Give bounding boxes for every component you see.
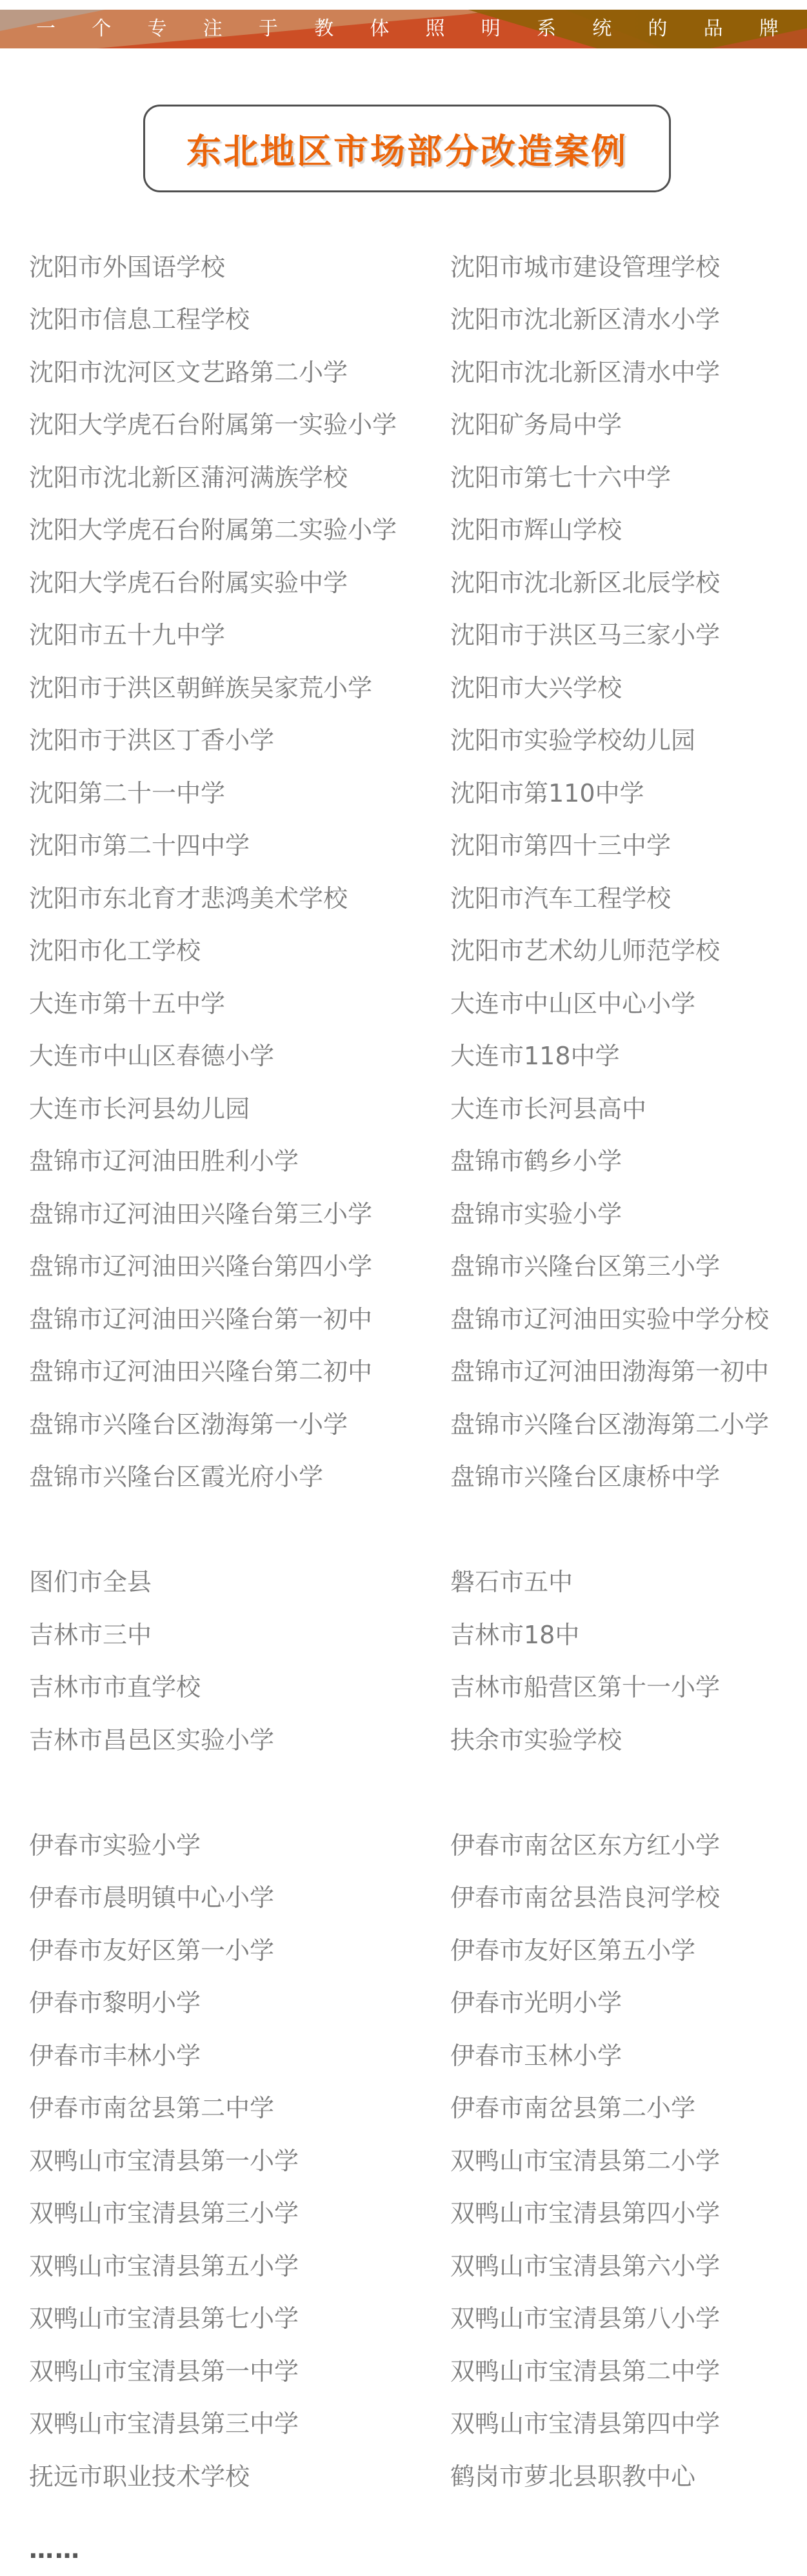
school-name-right: 沈阳市于洪区马三家小学 <box>450 623 807 647</box>
school-name-left: 大连市中山区春德小学 <box>29 1044 450 1068</box>
school-name-right: 沈阳市艺术幼儿师范学校 <box>450 938 807 963</box>
school-name-left: 盘锦市辽河油田兴隆台第四小学 <box>29 1254 450 1279</box>
school-name-left: 双鸭山市宝清县第三小学 <box>29 2201 450 2226</box>
school-row: 图们市全县磐石市五中 <box>0 1556 807 1609</box>
school-name-left: 盘锦市辽河油田兴隆台第一初中 <box>29 1307 450 1332</box>
school-name-left: 沈阳市第二十四中学 <box>29 833 450 858</box>
school-row: 盘锦市兴隆台区霞光府小学盘锦市兴隆台区康桥中学 <box>0 1451 807 1504</box>
slogan-char: 品 <box>704 10 723 48</box>
school-name-left: 沈阳市沈北新区蒲河满族学校 <box>29 465 450 490</box>
page-title: 东北地区市场部分改造案例 <box>186 124 628 174</box>
slogan-char: 系 <box>537 10 556 48</box>
school-name-left: 沈阳市五十九中学 <box>29 623 450 647</box>
school-name-right: 沈阳矿务局中学 <box>450 412 807 437</box>
school-row: 双鸭山市宝清县第一中学双鸭山市宝清县第二中学 <box>0 2345 807 2398</box>
school-name-right: 盘锦市兴隆台区渤海第二小学 <box>450 1412 807 1437</box>
school-name-right: 伊春市光明小学 <box>450 1991 807 2015</box>
school-row: 沈阳市于洪区丁香小学沈阳市实验学校幼儿园 <box>0 715 807 767</box>
school-name-left: 抚远市职业技术学校 <box>29 2464 450 2489</box>
school-row: 大连市第十五中学大连市中山区中心小学 <box>0 977 807 1030</box>
school-name-left: 伊春市实验小学 <box>29 1833 450 1858</box>
school-row: 盘锦市辽河油田兴隆台第四小学盘锦市兴隆台区第三小学 <box>0 1241 807 1293</box>
slogan-char: 的 <box>648 10 667 48</box>
school-name-left: 双鸭山市宝清县第七小学 <box>29 2306 450 2331</box>
school-name-right: 双鸭山市宝清县第四中学 <box>450 2411 807 2436</box>
school-name-right: 盘锦市实验小学 <box>450 1202 807 1226</box>
school-row: 吉林市昌邑区实验小学扶余市实验学校 <box>0 1714 807 1767</box>
school-name-right: 盘锦市辽河油田渤海第一初中 <box>450 1359 807 1384</box>
school-name-right: 双鸭山市宝清县第八小学 <box>450 2306 807 2331</box>
slogan-char: 一 <box>36 10 55 48</box>
school-row: 双鸭山市宝清县第一小学双鸭山市宝清县第二小学 <box>0 2135 807 2187</box>
school-name-left: 盘锦市辽河油田兴隆台第二初中 <box>29 1359 450 1384</box>
school-name-right: 沈阳市辉山学校 <box>450 518 807 542</box>
slogan-char: 牌 <box>759 10 779 48</box>
school-name-right: 吉林市18中 <box>450 1623 807 1647</box>
school-name-right: 磐石市五中 <box>450 1570 807 1594</box>
school-name-right: 沈阳市沈北新区清水小学 <box>450 307 807 332</box>
school-name-left: 大连市第十五中学 <box>29 991 450 1016</box>
school-name-left: 图们市全县 <box>29 1570 450 1594</box>
school-name-left: 伊春市晨明镇中心小学 <box>29 1885 450 1910</box>
slogan-char: 专 <box>147 10 166 48</box>
school-name-right: 沈阳市第110中学 <box>450 781 807 806</box>
school-name-right: 盘锦市兴隆台区第三小学 <box>450 1254 807 1279</box>
school-name-left: 双鸭山市宝清县第一中学 <box>29 2359 450 2384</box>
school-name-left: 盘锦市辽河油田胜利小学 <box>29 1149 450 1173</box>
school-row: 沈阳第二十一中学沈阳市第110中学 <box>0 767 807 820</box>
school-name-right: 伊春市南岔县浩良河学校 <box>450 1885 807 1910</box>
school-name-left: 沈阳市沈河区文艺路第二小学 <box>29 360 450 385</box>
school-row: 吉林市市直学校吉林市船营区第十一小学 <box>0 1661 807 1714</box>
school-row: 伊春市晨明镇中心小学伊春市南岔县浩良河学校 <box>0 1872 807 1925</box>
school-name-right: 扶余市实验学校 <box>450 1728 807 1752</box>
school-name-right: 盘锦市鹤乡小学 <box>450 1149 807 1173</box>
school-name-left: 盘锦市兴隆台区渤海第一小学 <box>29 1412 450 1437</box>
school-name-left: 伊春市南岔县第二中学 <box>29 2096 450 2120</box>
school-row: 沈阳市外国语学校沈阳市城市建设管理学校 <box>0 241 807 294</box>
slogan-char: 于 <box>259 10 278 48</box>
school-row: 沈阳市五十九中学沈阳市于洪区马三家小学 <box>0 609 807 662</box>
school-name-left: 双鸭山市宝清县第五小学 <box>29 2254 450 2278</box>
school-row: 双鸭山市宝清县第五小学双鸭山市宝清县第六小学 <box>0 2240 807 2293</box>
school-row: 双鸭山市宝清县第三中学双鸭山市宝清县第四中学 <box>0 2398 807 2451</box>
school-name-left: 伊春市黎明小学 <box>29 1991 450 2015</box>
school-row: 伊春市黎明小学伊春市光明小学 <box>0 1977 807 2030</box>
school-name-right: 双鸭山市宝清县第二小学 <box>450 2149 807 2173</box>
school-name-right: 沈阳市大兴学校 <box>450 676 807 700</box>
school-name-left: 盘锦市辽河油田兴隆台第三小学 <box>29 1202 450 1226</box>
school-row: 大连市长河县幼儿园大连市长河县高中 <box>0 1082 807 1135</box>
school-name-right: 双鸭山市宝清县第四小学 <box>450 2201 807 2226</box>
slogan-char: 个 <box>92 10 111 48</box>
school-name-right: 沈阳市沈北新区清水中学 <box>450 360 807 385</box>
school-name-left: 沈阳市外国语学校 <box>29 255 450 279</box>
school-row: 吉林市三中吉林市18中 <box>0 1608 807 1661</box>
school-name-right: 伊春市南岔区东方红小学 <box>450 1833 807 1858</box>
school-group: 沈阳市外国语学校沈阳市城市建设管理学校沈阳市信息工程学校沈阳市沈北新区清水小学沈… <box>0 241 807 1503</box>
school-name-right: 大连市长河县高中 <box>450 1097 807 1121</box>
school-name-right: 鹤岗市萝北县职教中心 <box>450 2464 807 2489</box>
school-name-left: 沈阳市于洪区丁香小学 <box>29 728 450 753</box>
school-row: 双鸭山市宝清县第七小学双鸭山市宝清县第八小学 <box>0 2293 807 2346</box>
school-row: 沈阳市东北育才悲鸿美术学校沈阳市汽车工程学校 <box>0 872 807 925</box>
case-list: 沈阳市外国语学校沈阳市城市建设管理学校沈阳市信息工程学校沈阳市沈北新区清水小学沈… <box>0 241 807 2503</box>
school-row: 沈阳市化工学校沈阳市艺术幼儿师范学校 <box>0 925 807 978</box>
school-name-right: 吉林市船营区第十一小学 <box>450 1675 807 1699</box>
school-name-left: 沈阳第二十一中学 <box>29 781 450 806</box>
school-row: 沈阳大学虎石台附属第二实验小学沈阳市辉山学校 <box>0 504 807 557</box>
school-name-right: 大连市118中学 <box>450 1044 807 1068</box>
school-name-right: 沈阳市汽车工程学校 <box>450 886 807 911</box>
school-name-left: 伊春市友好区第一小学 <box>29 1938 450 1963</box>
school-row: 沈阳市第二十四中学沈阳市第四十三中学 <box>0 820 807 873</box>
school-name-left: 盘锦市兴隆台区霞光府小学 <box>29 1465 450 1489</box>
school-row: 伊春市丰林小学伊春市玉林小学 <box>0 2029 807 2082</box>
school-row: 沈阳市信息工程学校沈阳市沈北新区清水小学 <box>0 294 807 347</box>
school-row: 盘锦市辽河油田胜利小学盘锦市鹤乡小学 <box>0 1135 807 1188</box>
school-name-left: 双鸭山市宝清县第三中学 <box>29 2411 450 2436</box>
slogan-char: 体 <box>370 10 389 48</box>
school-name-right: 沈阳市沈北新区北辰学校 <box>450 571 807 595</box>
school-name-left: 沈阳大学虎石台附属实验中学 <box>29 571 450 595</box>
school-name-left: 吉林市昌邑区实验小学 <box>29 1728 450 1752</box>
slogan-char: 注 <box>203 10 223 48</box>
school-name-right: 伊春市南岔县第二小学 <box>450 2096 807 2120</box>
school-row: 大连市中山区春德小学大连市118中学 <box>0 1030 807 1083</box>
school-row: 沈阳大学虎石台附属第一实验小学沈阳矿务局中学 <box>0 399 807 452</box>
school-name-left: 沈阳市化工学校 <box>29 938 450 963</box>
school-name-right: 沈阳市实验学校幼儿园 <box>450 728 807 753</box>
school-row: 沈阳大学虎石台附属实验中学沈阳市沈北新区北辰学校 <box>0 556 807 609</box>
school-name-right: 大连市中山区中心小学 <box>450 991 807 1016</box>
school-name-right: 双鸭山市宝清县第六小学 <box>450 2254 807 2278</box>
school-row: 双鸭山市宝清县第三小学双鸭山市宝清县第四小学 <box>0 2187 807 2240</box>
school-row: 伊春市友好区第一小学伊春市友好区第五小学 <box>0 1924 807 1977</box>
school-name-right: 双鸭山市宝清县第二中学 <box>450 2359 807 2384</box>
school-name-left: 沈阳市东北育才悲鸿美术学校 <box>29 886 450 911</box>
school-row: 伊春市南岔县第二中学伊春市南岔县第二小学 <box>0 2082 807 2135</box>
school-name-left: 伊春市丰林小学 <box>29 2044 450 2068</box>
school-row: 沈阳市沈河区文艺路第二小学沈阳市沈北新区清水中学 <box>0 346 807 399</box>
school-row: 盘锦市辽河油田兴隆台第三小学盘锦市实验小学 <box>0 1188 807 1241</box>
school-name-right: 伊春市友好区第五小学 <box>450 1938 807 1963</box>
school-name-right: 沈阳市城市建设管理学校 <box>450 255 807 279</box>
page-title-box: 东北地区市场部分改造案例 <box>143 105 671 192</box>
school-row: 盘锦市辽河油田兴隆台第二初中盘锦市辽河油田渤海第一初中 <box>0 1346 807 1399</box>
school-name-right: 沈阳市第四十三中学 <box>450 833 807 858</box>
school-group: 图们市全县磐石市五中吉林市三中吉林市18中吉林市市直学校吉林市船营区第十一小学吉… <box>0 1556 807 1767</box>
school-name-left: 大连市长河县幼儿园 <box>29 1097 450 1121</box>
slogan-char: 统 <box>592 10 612 48</box>
school-name-left: 沈阳大学虎石台附属第二实验小学 <box>29 518 450 542</box>
school-group: 伊春市实验小学伊春市南岔区东方红小学伊春市晨明镇中心小学伊春市南岔县浩良河学校伊… <box>0 1819 807 2503</box>
school-name-right: 盘锦市兴隆台区康桥中学 <box>450 1465 807 1489</box>
school-name-left: 吉林市市直学校 <box>29 1675 450 1699</box>
slogan-char: 明 <box>481 10 501 48</box>
school-row: 沈阳市于洪区朝鲜族吴家荒小学沈阳市大兴学校 <box>0 662 807 715</box>
slogan-char: 照 <box>426 10 445 48</box>
brand-slogan-text: 一个专注于教体照明系统的品牌 <box>0 10 807 48</box>
school-row: 盘锦市兴隆台区渤海第一小学盘锦市兴隆台区渤海第二小学 <box>0 1398 807 1451</box>
slogan-char: 教 <box>314 10 334 48</box>
brand-slogan-banner: 一个专注于教体照明系统的品牌 <box>0 10 807 48</box>
school-name-right: 沈阳市第七十六中学 <box>450 465 807 490</box>
list-ellipsis: …… <box>0 2524 807 2576</box>
school-name-left: 吉林市三中 <box>29 1623 450 1647</box>
school-row: 伊春市实验小学伊春市南岔区东方红小学 <box>0 1819 807 1872</box>
school-name-left: 沈阳大学虎石台附属第一实验小学 <box>29 412 450 437</box>
school-name-left: 双鸭山市宝清县第一小学 <box>29 2149 450 2173</box>
school-row: 抚远市职业技术学校鹤岗市萝北县职教中心 <box>0 2450 807 2503</box>
school-name-left: 沈阳市于洪区朝鲜族吴家荒小学 <box>29 676 450 700</box>
school-name-left: 沈阳市信息工程学校 <box>29 307 450 332</box>
school-row: 盘锦市辽河油田兴隆台第一初中盘锦市辽河油田实验中学分校 <box>0 1293 807 1346</box>
school-name-right: 伊春市玉林小学 <box>450 2044 807 2068</box>
school-row: 沈阳市沈北新区蒲河满族学校沈阳市第七十六中学 <box>0 451 807 504</box>
school-name-right: 盘锦市辽河油田实验中学分校 <box>450 1307 807 1332</box>
